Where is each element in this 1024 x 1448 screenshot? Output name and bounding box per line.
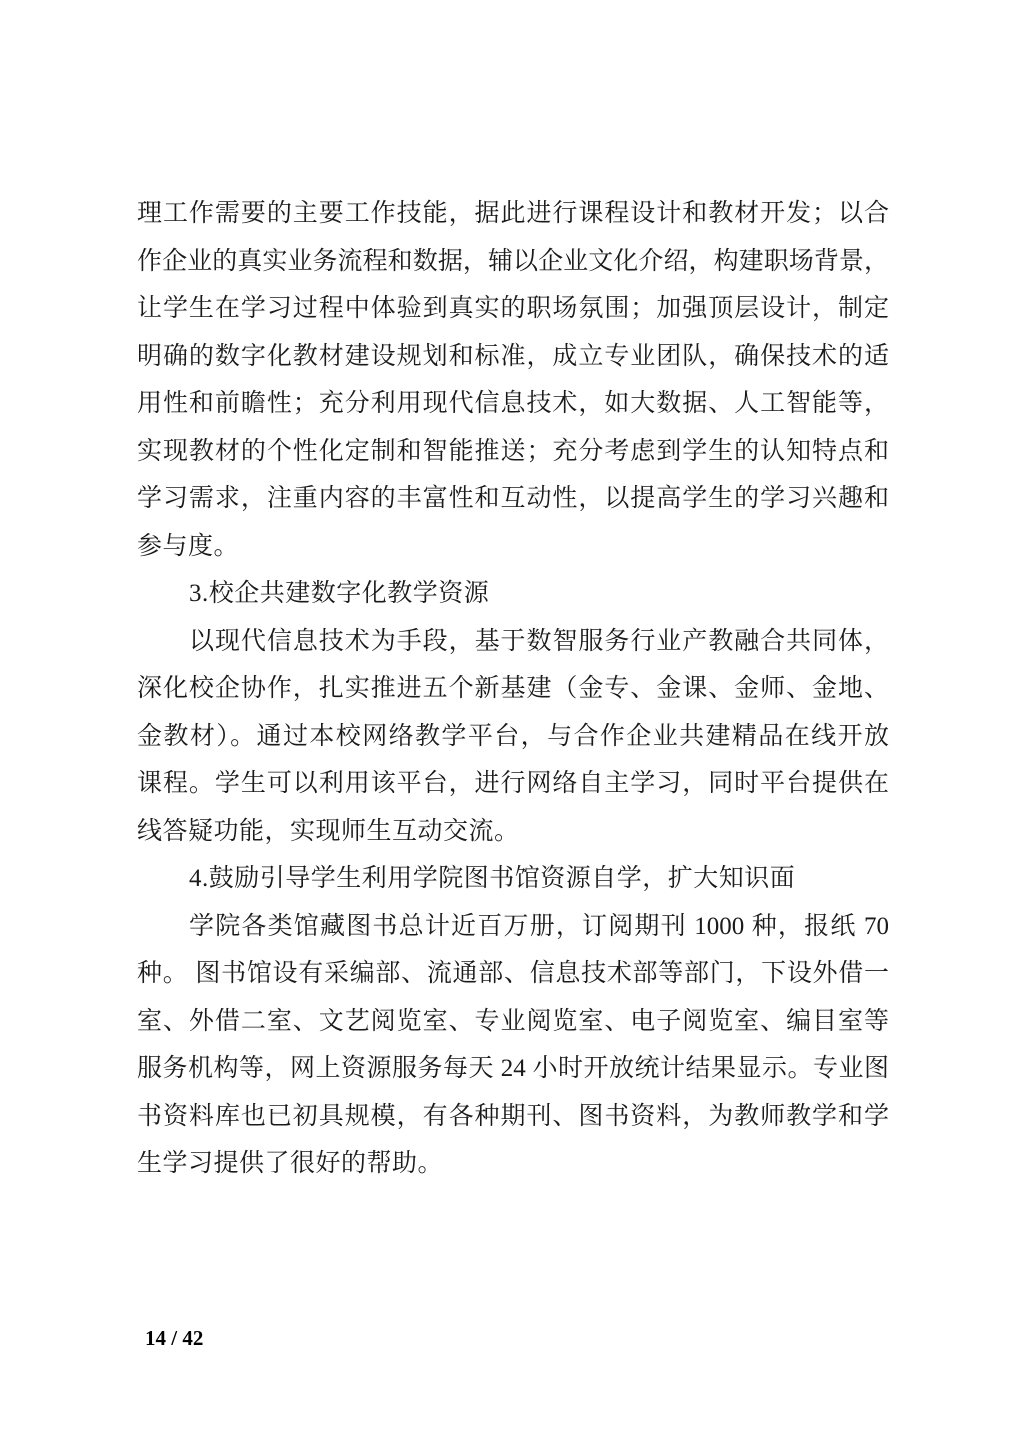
text-line: 室、外借二室、文艺阅览室、专业阅览室、电子阅览室、编目室等 xyxy=(137,998,889,1046)
text-line: 明确的数字化教材建设规划和标准，成立专业团队，确保技术的适 xyxy=(137,333,889,381)
text-line: 学习需求，注重内容的丰富性和互动性，以提高学生的学习兴趣和 xyxy=(137,475,889,523)
text-line: 学院各类馆藏图书总计近百万册，订阅期刊 1000 种，报纸 70 xyxy=(137,903,889,951)
text-line: 生学习提供了很好的帮助。 xyxy=(137,1140,889,1188)
text-line: 以现代信息技术为手段，基于数智服务行业产教融合共同体， xyxy=(137,618,889,666)
document-body: 理工作需要的主要工作技能，据此进行课程设计和教材开发；以合作企业的真实业务流程和… xyxy=(137,190,889,1188)
text-line: 深化校企协作，扎实推进五个新基建（金专、金课、金师、金地、 xyxy=(137,665,889,713)
text-line: 用性和前瞻性；充分利用现代信息技术，如大数据、人工智能等， xyxy=(137,380,889,428)
text-line: 作企业的真实业务流程和数据，辅以企业文化介绍，构建职场背景， xyxy=(137,238,889,286)
text-line: 种。 图书馆设有采编部、流通部、信息技术部等部门，下设外借一 xyxy=(137,950,889,998)
text-line: 书资料库也已初具规模，有各种期刊、图书资料，为教师教学和学 xyxy=(137,1093,889,1141)
document-page: 理工作需要的主要工作技能，据此进行课程设计和教材开发；以合作企业的真实业务流程和… xyxy=(0,0,1024,1448)
text-line: 让学生在学习过程中体验到真实的职场氛围；加强顶层设计，制定 xyxy=(137,285,889,333)
text-line: 服务机构等，网上资源服务每天 24 小时开放统计结果显示。专业图 xyxy=(137,1045,889,1093)
text-line: 理工作需要的主要工作技能，据此进行课程设计和教材开发；以合 xyxy=(137,190,889,238)
text-line: 线答疑功能，实现师生互动交流。 xyxy=(137,808,889,856)
text-line: 金教材）。通过本校网络教学平台，与合作企业共建精品在线开放 xyxy=(137,713,889,761)
text-line: 参与度。 xyxy=(137,523,889,571)
text-line: 4.鼓励引导学生利用学院图书馆资源自学，扩大知识面 xyxy=(137,855,889,903)
text-line: 课程。学生可以利用该平台，进行网络自主学习，同时平台提供在 xyxy=(137,760,889,808)
text-line: 3.校企共建数字化教学资源 xyxy=(137,570,889,618)
page-number: 14 / 42 xyxy=(145,1326,203,1351)
text-line: 实现教材的个性化定制和智能推送；充分考虑到学生的认知特点和 xyxy=(137,428,889,476)
